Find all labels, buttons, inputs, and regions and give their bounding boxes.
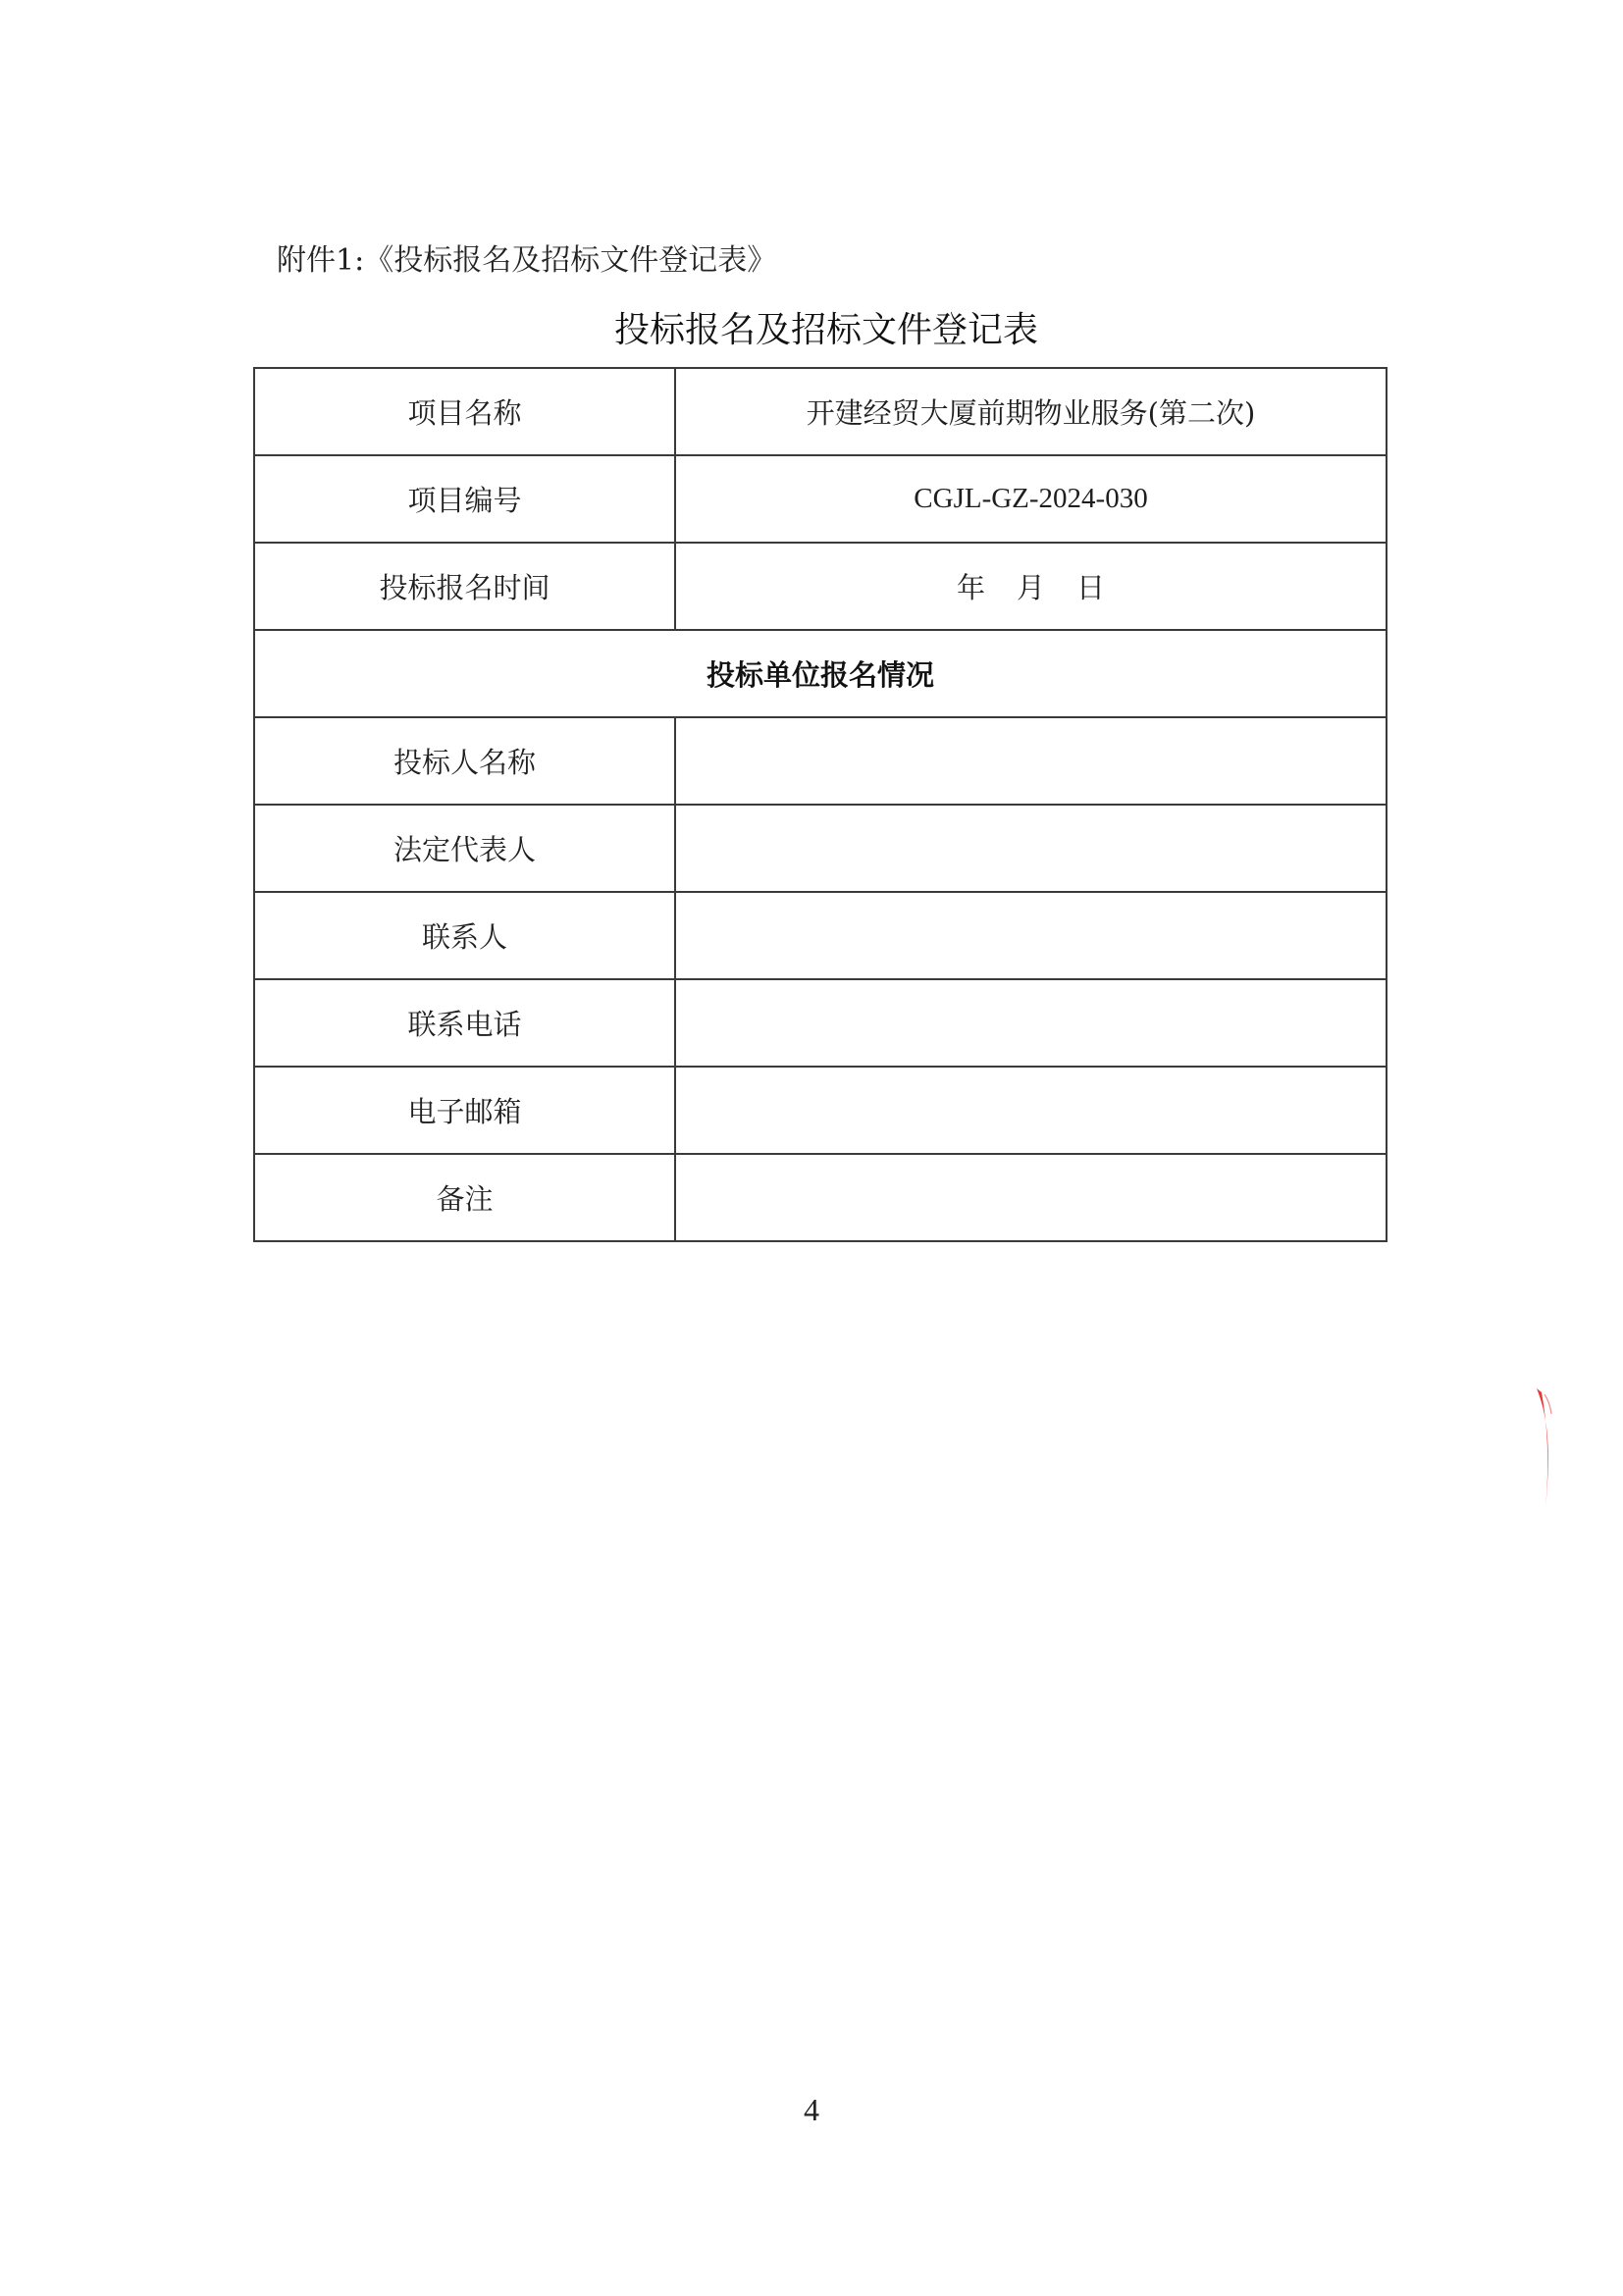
- contact-phone-label: 联系电话: [254, 979, 675, 1067]
- red-stamp-edge-mark: [1534, 1386, 1563, 1514]
- table-row-email: 电子邮箱: [254, 1067, 1387, 1154]
- table-row-contact-person: 联系人: [254, 892, 1387, 979]
- table-row-bidder-name: 投标人名称: [254, 717, 1387, 805]
- remarks-field[interactable]: [675, 1154, 1387, 1241]
- attachment-label: 附件1:《投标报名及招标文件登记表》: [277, 235, 776, 279]
- registration-time-label: 投标报名时间: [254, 543, 675, 630]
- project-number-value[interactable]: CGJL-GZ-2024-030: [675, 455, 1387, 543]
- table-row-registration-time: 投标报名时间 年月日: [254, 543, 1387, 630]
- contact-phone-field[interactable]: [675, 979, 1387, 1067]
- date-year: 年: [957, 566, 985, 606]
- registration-time-value[interactable]: 年月日: [675, 543, 1387, 630]
- remarks-label: 备注: [254, 1154, 675, 1241]
- date-month: 月: [1017, 566, 1045, 606]
- table-row-project-number: 项目编号 CGJL-GZ-2024-030: [254, 455, 1387, 543]
- contact-person-field[interactable]: [675, 892, 1387, 979]
- page-number: 4: [0, 2092, 1623, 2128]
- project-name-label: 项目名称: [254, 368, 675, 455]
- table-row-legal-representative: 法定代表人: [254, 805, 1387, 892]
- table-row-contact-phone: 联系电话: [254, 979, 1387, 1067]
- bidder-name-field[interactable]: [675, 717, 1387, 805]
- table-row-remarks: 备注: [254, 1154, 1387, 1241]
- table-row-project-name: 项目名称 开建经贸大厦前期物业服务(第二次): [254, 368, 1387, 455]
- email-field[interactable]: [675, 1067, 1387, 1154]
- document-title: 投标报名及招标文件登记表: [0, 302, 1623, 352]
- contact-person-label: 联系人: [254, 892, 675, 979]
- registration-table: 项目名称 开建经贸大厦前期物业服务(第二次) 项目编号 CGJL-GZ-2024…: [253, 367, 1387, 1242]
- project-name-value[interactable]: 开建经贸大厦前期物业服务(第二次): [675, 368, 1387, 455]
- bidder-name-label: 投标人名称: [254, 717, 675, 805]
- project-number-label: 项目编号: [254, 455, 675, 543]
- legal-representative-label: 法定代表人: [254, 805, 675, 892]
- date-day: 日: [1076, 566, 1105, 606]
- legal-representative-field[interactable]: [675, 805, 1387, 892]
- table-row-section-header: 投标单位报名情况: [254, 630, 1387, 717]
- email-label: 电子邮箱: [254, 1067, 675, 1154]
- bidder-section-header: 投标单位报名情况: [254, 630, 1387, 717]
